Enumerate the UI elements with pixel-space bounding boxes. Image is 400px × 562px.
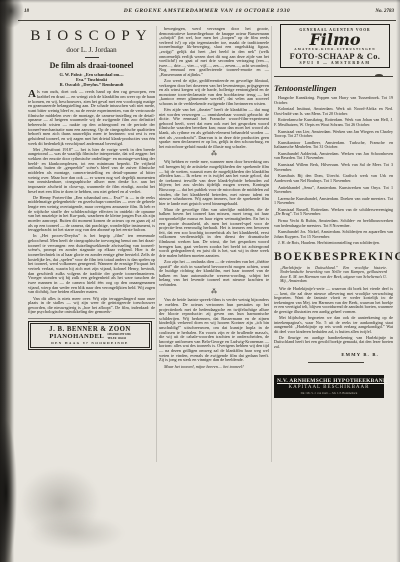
tentoonstellingen-list: Haagsche Kunstkring. Poppen van Harry va… xyxy=(274,96,393,246)
article-body-left: Als van ouds, doet ook — reeds hand op d… xyxy=(28,90,155,315)
paragraph: Maar de gevoelige film van uiterlijke mi… xyxy=(159,208,269,259)
hypotheekbank-ad: N.V. ARNHEMSCHE HYPOTHEEKBANK KAPITAAL B… xyxy=(274,375,384,398)
page-header: 18 DE GROENE AMSTERDAMMER VAN 18 OCTOBER… xyxy=(18,8,396,20)
credit-line: R. Oswald: „Dreyfus.” Rembrandt xyxy=(28,82,155,87)
bank-ad-directors: Dir.: Mr. S. J. van Zaalt — Mr. J. P. Hu… xyxy=(277,391,381,395)
list-item: Kunsthandel Jos. Nickel, Amsterdam. Schi… xyxy=(274,230,393,239)
bank-ad-name: N.V. ARNHEMSCHE HYPOTHEEKBANK xyxy=(277,378,381,384)
paragraph: Met blijdschap begroeten we dan ook de a… xyxy=(274,316,393,334)
list-item: Kunstzaal Willem Berk, Hilversum. Werk v… xyxy=(274,163,393,172)
diamond-ornament-icon: ♦ xyxy=(88,319,90,324)
asterism-divider: ⁂ xyxy=(159,289,269,296)
newspaper-page: 18 DE GROENE AMSTERDAMMER VAN 18 OCTOBER… xyxy=(0,0,400,562)
paragraph: In „Het proces-Dreyfus” is het begrip „f… xyxy=(28,234,155,295)
header-rule xyxy=(18,20,396,21)
paragraph: De Henny Porten-film „Een schandaal om..… xyxy=(28,196,155,233)
paragraph: Van dit alles is niets meer over. Wij zi… xyxy=(28,297,155,316)
column-rule xyxy=(271,26,272,462)
list-item: Firma Vecht & Rubin, Amsterdam. Schilder… xyxy=(274,219,393,228)
asterism-divider: ⁂ xyxy=(159,151,269,158)
scan-blob xyxy=(0,420,17,562)
bank-ad-line: KAPITAAL BESCHIKBAAR xyxy=(277,385,381,390)
byline-dash xyxy=(85,57,99,58)
section-title: BIOSCOPY xyxy=(28,28,155,45)
filmo-ad-sub: AMATEUR-KINO-UITRUSTINGEN xyxy=(283,47,387,51)
paragraph: Zoo zijn het — ondanks dien — de vriende… xyxy=(159,260,269,288)
list-item: Kunsthuis Bij den Dom, Utrecht. Grafisch… xyxy=(274,174,393,183)
list-item: Kunsthandel Aalderink, Amsterdam. Werken… xyxy=(274,152,393,161)
section-rule xyxy=(274,76,393,77)
list-item: Antiekhandel „Sena”, Amsterdam. Kunstwer… xyxy=(274,186,393,195)
paragraph: De fleurige en aardige bandteekening van… xyxy=(274,336,393,350)
tentoonstellingen-heading: Tentoonstellingen xyxy=(274,83,393,93)
benner-ad-name: J. B. BENNER & ZOON xyxy=(34,326,146,333)
benner-ad-address: DEN HAAG 97 NOORDEINDE xyxy=(34,341,146,345)
book-citation: „Harlekijntje in Duitschland.” Een vrool… xyxy=(280,266,387,284)
filmo-logo: Filmo xyxy=(283,32,387,47)
film-credits: G. W. Pabst: „Een schandaal om.... Eva.”… xyxy=(28,72,155,87)
list-item: Kunstzaal Russell, Rotterdam. Werken van… xyxy=(274,208,393,217)
list-item: Larensche Kunsthandel, Amsterdam. Doeken… xyxy=(274,197,393,206)
paragraph-text: ls van ouds, doet ook — reeds hand op de… xyxy=(28,89,155,145)
benner-piano-ad: ♦ J. B. BENNER & ZOON PIANOHANDEL OPGERI… xyxy=(30,323,150,348)
scan-edge-right xyxy=(396,0,400,562)
rule-ornament xyxy=(375,74,383,77)
benner-ad-trade: PIANOHANDEL xyxy=(49,333,104,340)
paragraph: Wie de Harlekijntje's-serie — waarvan di… xyxy=(274,287,393,315)
review-signature: EMMY B. B. xyxy=(274,352,379,357)
paragraph: Zoo werd de rijke, gedifferentieerde en … xyxy=(159,79,269,107)
filmo-ad: GENERAAL AGENTEN VOOR Filmo AMATEUR-KINO… xyxy=(280,24,390,68)
list-item: Koloniaal Instituut, Amsterdam. Werk uit… xyxy=(274,107,393,116)
column-right: GENERAAL AGENTEN VOOR Filmo AMATEUR-KINO… xyxy=(274,24,393,398)
paragraph: Eén zijde van het „theater” heeft de kla… xyxy=(159,108,269,149)
column-left: BIOSCOPY door L. J. Jordaan De film als … xyxy=(28,26,155,348)
filmo-ad-address: SPUI 8 — AMSTERDAM xyxy=(283,61,387,65)
article-headline: De film als draai-tooneel xyxy=(28,61,155,70)
issue-number: No. 2783 xyxy=(375,9,394,14)
benner-ad-side: OPGERICHT 1846 TELEF. 116244 xyxy=(107,333,130,339)
paragraph: Met „Westfront 1918” — het is hier de vo… xyxy=(28,148,155,195)
masthead: DE GROENE AMSTERDAMMER VAN 18 OCTOBER 19… xyxy=(18,8,396,14)
paragraph: bewegingen, werd vervangen door het groo… xyxy=(159,27,269,78)
short-rule xyxy=(308,362,364,363)
scan-smudge xyxy=(28,516,124,550)
list-item: Kunstkantoor Landheer, Amsterdam. Turksc… xyxy=(274,141,393,150)
closing-line: Maar het tooneel, mijne heeren.... het t… xyxy=(159,365,269,370)
filmo-ad-name: FOTO-SCHAAP & Co. xyxy=(283,52,387,61)
byline: door L. J. Jordaan xyxy=(28,46,155,54)
scan-edge-top xyxy=(0,0,400,3)
paragraph: Als van ouds, doet ook — reeds hand op d… xyxy=(28,90,155,146)
benner-ad-side-line: TELEF. 116244 xyxy=(107,337,126,340)
list-item: Kunstzaal van Lier, Amsterdam. Werken va… xyxy=(274,130,393,139)
column-rule xyxy=(156,26,157,462)
list-item: Rotterdamsche Kunstkring, Rotterdam. Wer… xyxy=(274,118,393,127)
paragraph: Wij hebben er vrede mee, wanneer men doo… xyxy=(159,160,269,206)
article-end-rule xyxy=(28,318,155,319)
column-middle: bewegingen, werd vervangen door het groo… xyxy=(159,27,269,371)
boekbespreking-heading: BOEKBESPREKING xyxy=(274,251,393,263)
paragraph: Van de beide laatste spreek-films is ver… xyxy=(159,298,269,362)
list-item: Haagsche Kunstkring. Poppen van Harry va… xyxy=(274,96,393,105)
list-item: J. H. de Bois, Haarlem. Herfsttentoonste… xyxy=(274,241,393,246)
